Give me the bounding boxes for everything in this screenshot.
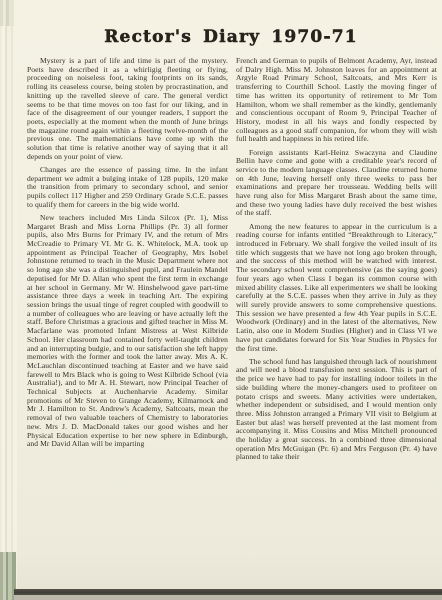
- body-paragraph: New teachers included Mrs Linda Silcox (…: [27, 214, 228, 449]
- body-paragraph: The school fund has languished through l…: [236, 358, 437, 462]
- body-paragraph: Among the new features to appear in the …: [236, 223, 437, 354]
- page-title: Rector's Diary 1970-71: [24, 27, 438, 47]
- scanned-book-page: Rector's Diary 1970-71 Mystery is a part…: [0, 0, 442, 600]
- left-column: Mystery is a part of life and time is pa…: [27, 57, 228, 467]
- body-paragraph-continuation: French and German to pupils of Belmont A…: [236, 57, 437, 144]
- body-paragraph: Foreign assistants Karl-Heinz Swaczyna a…: [236, 149, 437, 219]
- book-cover-edge-top: [0, 0, 14, 26]
- text-columns: Mystery is a part of life and time is pa…: [0, 57, 442, 467]
- book-spine-edge: [0, 0, 17, 600]
- right-column: French and German to pupils of Belmont A…: [236, 57, 437, 467]
- body-paragraph: Changes are the essence of passing time.…: [27, 166, 228, 210]
- body-paragraph: Mystery is a part of life and time is pa…: [27, 57, 228, 161]
- page-bottom-edge-light: [14, 595, 442, 600]
